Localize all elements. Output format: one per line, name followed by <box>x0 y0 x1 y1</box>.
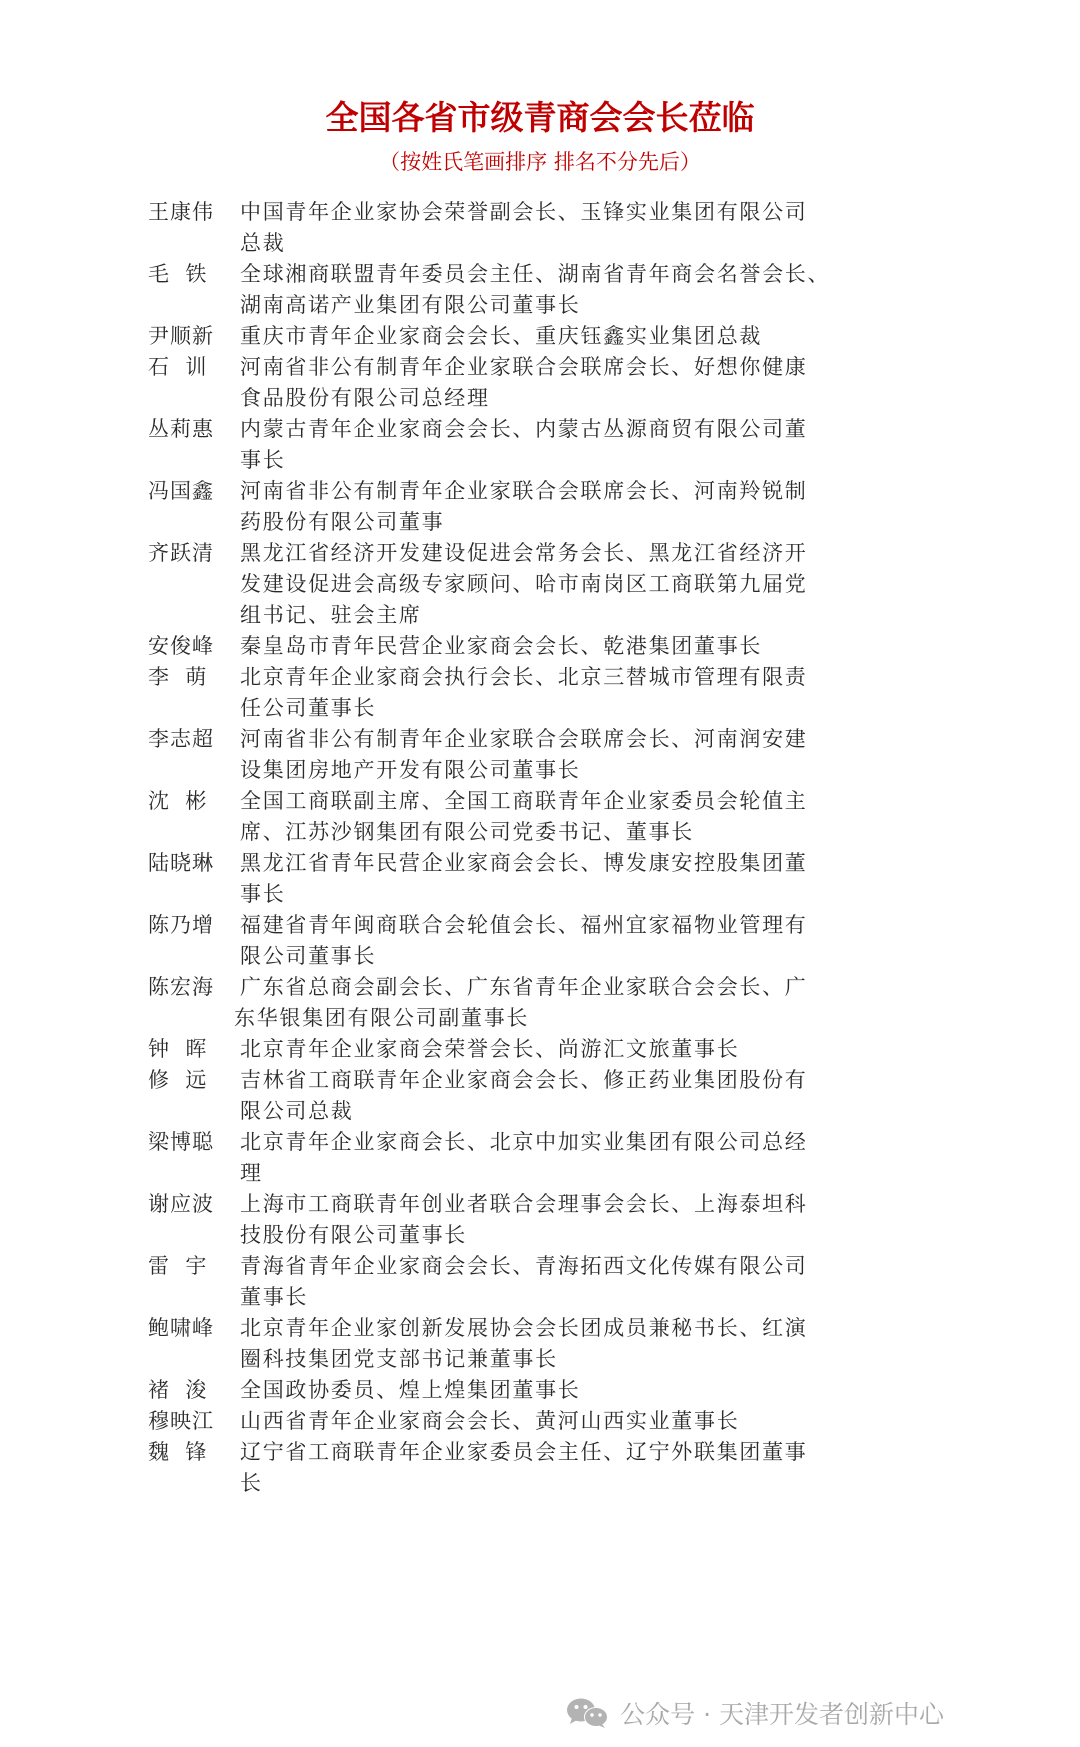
attendee-title-line: 席、江苏沙钢集团有限公司党委书记、董事长 <box>240 817 848 848</box>
attendee-name: 李志超 <box>148 724 240 786</box>
attendee-title-line: 任公司董事长 <box>240 693 848 724</box>
attendee-title-line: 理 <box>240 1158 848 1189</box>
list-item: 陈乃增福建省青年闽商联合会轮值会长、福州宜家福物业管理有限公司董事长 <box>148 910 848 972</box>
attendee-titles: 福建省青年闽商联合会轮值会长、福州宜家福物业管理有限公司董事长 <box>240 910 848 972</box>
attendee-titles: 黑龙江省经济开发建设促进会常务会长、黑龙江省经济开发建设促进会高级专家顾问、哈市… <box>240 538 848 631</box>
attendee-name: 冯国鑫 <box>148 476 240 538</box>
list-item: 石 训河南省非公有制青年企业家联合会联席会长、好想你健康食品股份有限公司总经理 <box>148 352 848 414</box>
attendee-name: 丛莉惠 <box>148 414 240 476</box>
attendee-titles: 北京青年企业家商会长、北京中加实业集团有限公司总经理 <box>240 1127 848 1189</box>
attendee-titles: 河南省非公有制青年企业家联合会联席会长、河南润安建设集团房地产开发有限公司董事长 <box>240 724 848 786</box>
attendee-name: 魏 锋 <box>148 1437 240 1499</box>
list-item: 谢应波上海市工商联青年创业者联合会理事会会长、上海泰坦科技股份有限公司董事长 <box>148 1189 848 1251</box>
list-item: 沈 彬全国工商联副主席、全国工商联青年企业家委员会轮值主席、江苏沙钢集团有限公司… <box>148 786 848 848</box>
attendee-title-line: 全国政协委员、煌上煌集团董事长 <box>240 1375 848 1406</box>
attendee-title-line: 食品股份有限公司总经理 <box>240 383 848 414</box>
list-item: 梁博聪北京青年企业家商会长、北京中加实业集团有限公司总经理 <box>148 1127 848 1189</box>
attendee-title-line: 河南省非公有制青年企业家联合会联席会长、河南润安建 <box>240 724 848 755</box>
list-item: 钟 晖北京青年企业家商会荣誉会长、尚游汇文旅董事长 <box>148 1034 848 1065</box>
footer-attribution[interactable]: 公众号 · 天津开发者创新中心 <box>566 1695 944 1731</box>
attendee-title-line: 河南省非公有制青年企业家联合会联席会长、河南羚锐制 <box>240 476 848 507</box>
attendee-titles: 辽宁省工商联青年企业家委员会主任、辽宁外联集团董事长 <box>240 1437 848 1499</box>
list-item: 齐跃清黑龙江省经济开发建设促进会常务会长、黑龙江省经济开发建设促进会高级专家顾问… <box>148 538 848 631</box>
list-item: 鲍啸峰北京青年企业家创新发展协会会长团成员兼秘书长、红演圈科技集团党支部书记兼董… <box>148 1313 848 1375</box>
page-title: 全国各省市级青商会会长莅临 <box>0 98 1080 138</box>
attendee-titles: 上海市工商联青年创业者联合会理事会会长、上海泰坦科技股份有限公司董事长 <box>240 1189 848 1251</box>
attendee-title-line: 北京青年企业家商会长、北京中加实业集团有限公司总经 <box>240 1127 848 1158</box>
attendee-title-line: 上海市工商联青年创业者联合会理事会会长、上海泰坦科 <box>240 1189 848 1220</box>
attendee-title-line: 限公司总裁 <box>240 1096 848 1127</box>
attendee-name: 陈宏海 <box>148 972 240 1034</box>
attendee-title-line: 技股份有限公司董事长 <box>240 1220 848 1251</box>
list-item: 尹顺新重庆市青年企业家商会会长、重庆钰鑫实业集团总裁 <box>148 321 848 352</box>
attendee-title-line: 总裁 <box>240 228 848 259</box>
attendee-titles: 北京青年企业家商会执行会长、北京三替城市管理有限责任公司董事长 <box>240 662 848 724</box>
attendee-titles: 全球湘商联盟青年委员会主任、湖南省青年商会名誉会长、湖南高诺产业集团有限公司董事… <box>240 259 848 321</box>
attendee-titles: 中国青年企业家协会荣誉副会长、玉锋实业集团有限公司总裁 <box>240 197 848 259</box>
attendee-name: 修 远 <box>148 1065 240 1127</box>
list-item: 王康伟中国青年企业家协会荣誉副会长、玉锋实业集团有限公司总裁 <box>148 197 848 259</box>
attendee-title-line: 事长 <box>240 879 848 910</box>
list-item: 李志超河南省非公有制青年企业家联合会联席会长、河南润安建设集团房地产开发有限公司… <box>148 724 848 786</box>
attendee-title-line: 限公司董事长 <box>240 941 848 972</box>
list-item: 丛莉惠内蒙古青年企业家商会会长、内蒙古丛源商贸有限公司董事长 <box>148 414 848 476</box>
attendee-title-line: 秦皇岛市青年民营企业家商会会长、乾港集团董事长 <box>240 631 848 662</box>
attendee-title-line: 重庆市青年企业家商会会长、重庆钰鑫实业集团总裁 <box>240 321 848 352</box>
attendee-title-line: 董事长 <box>240 1282 848 1313</box>
list-item: 李 萌北京青年企业家商会执行会长、北京三替城市管理有限责任公司董事长 <box>148 662 848 724</box>
attendee-title-line: 黑龙江省青年民营企业家商会会长、博发康安控股集团董 <box>240 848 848 879</box>
list-item: 陈宏海广东省总商会副会长、广东省青年企业家联合会会长、广东华银集团有限公司副董事… <box>148 972 848 1034</box>
attendee-name: 雷 宇 <box>148 1251 240 1313</box>
attendee-title-line: 药股份有限公司董事 <box>240 507 848 538</box>
attendee-title-line: 组书记、驻会主席 <box>240 600 848 631</box>
attendee-title-line: 青海省青年企业家商会会长、青海拓西文化传媒有限公司 <box>240 1251 848 1282</box>
attendee-name: 毛 铁 <box>148 259 240 321</box>
attendee-title-line: 辽宁省工商联青年企业家委员会主任、辽宁外联集团董事 <box>240 1437 848 1468</box>
attendee-name: 沈 彬 <box>148 786 240 848</box>
attendee-titles: 黑龙江省青年民营企业家商会会长、博发康安控股集团董事长 <box>240 848 848 910</box>
footer-text: 公众号 · 天津开发者创新中心 <box>620 1695 944 1731</box>
list-item: 毛 铁全球湘商联盟青年委员会主任、湖南省青年商会名誉会长、湖南高诺产业集团有限公… <box>148 259 848 321</box>
attendee-name: 尹顺新 <box>148 321 240 352</box>
attendee-title-line: 全球湘商联盟青年委员会主任、湖南省青年商会名誉会长、 <box>240 259 848 290</box>
attendee-titles: 内蒙古青年企业家商会会长、内蒙古丛源商贸有限公司董事长 <box>240 414 848 476</box>
list-item: 雷 宇青海省青年企业家商会会长、青海拓西文化传媒有限公司董事长 <box>148 1251 848 1313</box>
attendee-name: 陈乃增 <box>148 910 240 972</box>
attendee-titles: 青海省青年企业家商会会长、青海拓西文化传媒有限公司董事长 <box>240 1251 848 1313</box>
attendee-title-line: 黑龙江省经济开发建设促进会常务会长、黑龙江省经济开 <box>240 538 848 569</box>
attendee-title-line: 河南省非公有制青年企业家联合会联席会长、好想你健康 <box>240 352 848 383</box>
page-subtitle: （按姓氏笔画排序 排名不分先后） <box>0 148 1080 176</box>
attendee-titles: 北京青年企业家创新发展协会会长团成员兼秘书长、红演圈科技集团党支部书记兼董事长 <box>240 1313 848 1375</box>
attendee-name: 钟 晖 <box>148 1034 240 1065</box>
wechat-icon <box>566 1697 610 1729</box>
list-item: 陆晓琳黑龙江省青年民营企业家商会会长、博发康安控股集团董事长 <box>148 848 848 910</box>
attendee-titles: 山西省青年企业家商会会长、黄河山西实业董事长 <box>240 1406 848 1437</box>
attendee-title-line: 东华银集团有限公司副董事长 <box>234 1003 848 1034</box>
list-item: 安俊峰秦皇岛市青年民营企业家商会会长、乾港集团董事长 <box>148 631 848 662</box>
attendee-titles: 全国政协委员、煌上煌集团董事长 <box>240 1375 848 1406</box>
attendee-title-line: 事长 <box>240 445 848 476</box>
attendee-name: 李 萌 <box>148 662 240 724</box>
attendee-titles: 河南省非公有制青年企业家联合会联席会长、河南羚锐制药股份有限公司董事 <box>240 476 848 538</box>
attendee-name: 齐跃清 <box>148 538 240 631</box>
attendee-title-line: 北京青年企业家创新发展协会会长团成员兼秘书长、红演 <box>240 1313 848 1344</box>
attendee-title-line: 北京青年企业家商会荣誉会长、尚游汇文旅董事长 <box>240 1034 848 1065</box>
attendee-titles: 广东省总商会副会长、广东省青年企业家联合会会长、广东华银集团有限公司副董事长 <box>240 972 848 1034</box>
attendee-titles: 重庆市青年企业家商会会长、重庆钰鑫实业集团总裁 <box>240 321 848 352</box>
attendee-title-line: 山西省青年企业家商会会长、黄河山西实业董事长 <box>240 1406 848 1437</box>
attendee-name: 梁博聪 <box>148 1127 240 1189</box>
list-item: 褚 浚全国政协委员、煌上煌集团董事长 <box>148 1375 848 1406</box>
attendee-list: 王康伟中国青年企业家协会荣誉副会长、玉锋实业集团有限公司总裁毛 铁全球湘商联盟青… <box>148 197 848 1499</box>
attendee-title-line: 内蒙古青年企业家商会会长、内蒙古丛源商贸有限公司董 <box>240 414 848 445</box>
attendee-title-line: 吉林省工商联青年企业家商会会长、修正药业集团股份有 <box>240 1065 848 1096</box>
attendee-titles: 北京青年企业家商会荣誉会长、尚游汇文旅董事长 <box>240 1034 848 1065</box>
attendee-title-line: 设集团房地产开发有限公司董事长 <box>240 755 848 786</box>
attendee-titles: 全国工商联副主席、全国工商联青年企业家委员会轮值主席、江苏沙钢集团有限公司党委书… <box>240 786 848 848</box>
attendee-title-line: 中国青年企业家协会荣誉副会长、玉锋实业集团有限公司 <box>240 197 848 228</box>
attendee-name: 陆晓琳 <box>148 848 240 910</box>
attendee-title-line: 福建省青年闽商联合会轮值会长、福州宜家福物业管理有 <box>240 910 848 941</box>
attendee-title-line: 北京青年企业家商会执行会长、北京三替城市管理有限责 <box>240 662 848 693</box>
attendee-title-line: 广东省总商会副会长、广东省青年企业家联合会会长、广 <box>240 972 848 1003</box>
attendee-titles: 吉林省工商联青年企业家商会会长、修正药业集团股份有限公司总裁 <box>240 1065 848 1127</box>
attendee-titles: 秦皇岛市青年民营企业家商会会长、乾港集团董事长 <box>240 631 848 662</box>
attendee-name: 石 训 <box>148 352 240 414</box>
attendee-name: 王康伟 <box>148 197 240 259</box>
attendee-name: 安俊峰 <box>148 631 240 662</box>
attendee-title-line: 发建设促进会高级专家顾问、哈市南岗区工商联第九届党 <box>240 569 848 600</box>
list-item: 修 远吉林省工商联青年企业家商会会长、修正药业集团股份有限公司总裁 <box>148 1065 848 1127</box>
attendee-titles: 河南省非公有制青年企业家联合会联席会长、好想你健康食品股份有限公司总经理 <box>240 352 848 414</box>
attendee-title-line: 圈科技集团党支部书记兼董事长 <box>240 1344 848 1375</box>
attendee-name: 鲍啸峰 <box>148 1313 240 1375</box>
list-item: 冯国鑫河南省非公有制青年企业家联合会联席会长、河南羚锐制药股份有限公司董事 <box>148 476 848 538</box>
list-item: 穆映江山西省青年企业家商会会长、黄河山西实业董事长 <box>148 1406 848 1437</box>
list-item: 魏 锋辽宁省工商联青年企业家委员会主任、辽宁外联集团董事长 <box>148 1437 848 1499</box>
attendee-name: 谢应波 <box>148 1189 240 1251</box>
attendee-name: 穆映江 <box>148 1406 240 1437</box>
attendee-title-line: 湖南高诺产业集团有限公司董事长 <box>240 290 848 321</box>
attendee-title-line: 全国工商联副主席、全国工商联青年企业家委员会轮值主 <box>240 786 848 817</box>
attendee-title-line: 长 <box>240 1468 848 1499</box>
attendee-name: 褚 浚 <box>148 1375 240 1406</box>
